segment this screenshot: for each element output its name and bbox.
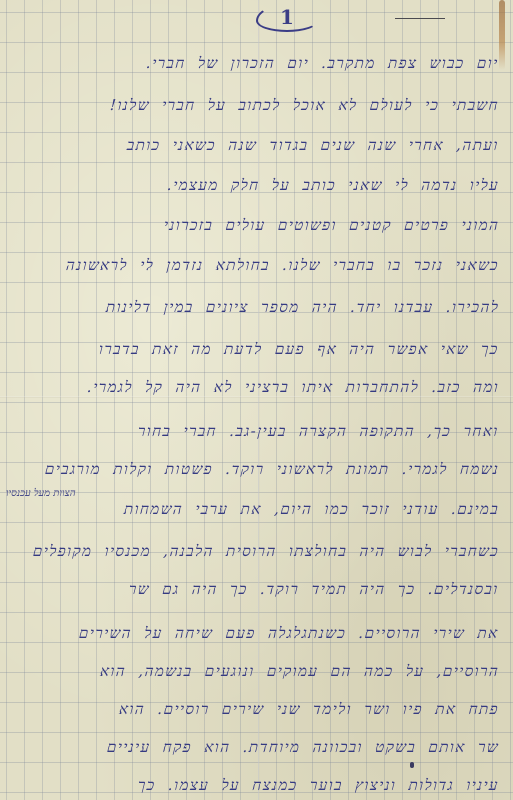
text-line: נשמח לגמרי. תמונת לראשוני רוקד. פשטות וק… [44,460,500,479]
ink-dot [410,762,414,768]
text-line: ואחר כך, התקופה הקצרה בעין-גב. חברי בחור [138,422,500,441]
text-line: כך שאי אפשר היה אף פעם לדעת מה זאת בדברו [99,340,500,359]
paper-stain [499,0,505,70]
text-line: ומה כזב. להתחברות איתו ברציני לא היה קל … [86,378,500,397]
text-line: חשבתי כי לעולם לא אוכל לכתוב על חברי שלנ… [109,96,499,115]
text-line: פתח את פיו ושר ולימד שני שירים רוסיים. ה… [118,700,499,719]
text-line: ועתה, אחרי שנה שנים בגדוד שנה כשאני כותב [127,136,500,155]
text-line: עיניו גדולות וניצוץ בוער כמנצח על עצמו. … [137,776,499,795]
page-number: 1 [256,4,318,32]
text-line: כשאני נזכר בו בחברי שלנו. בחולתא נזדמן ל… [65,256,499,275]
text-line: עליו נדמה לי שאני כותב על חלק מעצמי. [166,176,499,195]
text-line: יום כבוש צפת מתקרב. יום הזכרון של חברי. [146,54,500,73]
margin-insertion: הצוות מעל עכנסיו [6,488,76,499]
text-line: הרוסיים, על כמה הם עמוקים ונוגעים בנשמה,… [99,662,500,681]
text-line: ובסנדלים. כך היה תמיד רוקד. כך היה גם שר [129,580,500,599]
handwritten-page: 1 יום כבוש צפת מתקרב. יום הזכרון של חברי… [0,0,513,800]
text-line: המוני פרטים קטנים ופשוטים עולים בזכרוני [163,216,500,235]
text-line: את שירי הרוסיים. כשנתגלגלה פעם שיחה על ה… [79,624,500,643]
pencil-mark [395,18,445,19]
text-line: להכירו. עבדנו יחד. היה מספר ציונים במין … [105,298,500,317]
text-line: במינם. עודני זוכר כמו היום, את ערבי השמח… [123,500,499,519]
text-line: כשחברי לבוש היה בחולצתו הרוסית הלבנה, מכ… [32,542,500,561]
text-line: שר אותם בשקט ובכוונה מיוחדת. הוא פקח עינ… [106,738,499,757]
